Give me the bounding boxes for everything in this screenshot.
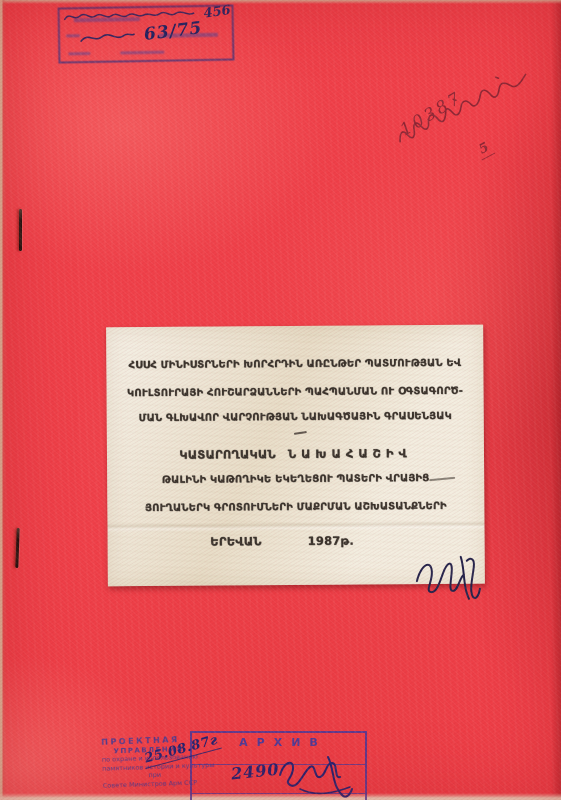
- paper-crease: [107, 521, 484, 533]
- signature-mark: [411, 547, 481, 605]
- handwritten-page-mark: 5: [474, 138, 495, 160]
- scan-edge-left: [0, 0, 7, 800]
- staple-icon: [15, 528, 19, 568]
- label-year: 1987թ.: [308, 534, 354, 548]
- label-org-line-3: ՄԱՆ ԳԼԽԱՎՈՐ ՎԱՐՉՈՒԹՅԱՆ ՆԱԽԱԳԾԱՅԻՆ ԳՐԱՍԵՆ…: [107, 411, 484, 426]
- label-subject-line-2: ՅՈՒՂԱՆԵՐԿ ԳՐՈՏՈՒՄՆԵՐԻ ՄԱՔՐՄԱՆ ԱՇԽԱՏԱՆՔՆԵ…: [107, 501, 484, 516]
- title-label: ՀՍՍՀ ՄԻՆԻՍՏՐՆԵՐԻ ԽՈՐՀՐԴԻՆ ԱՌԸՆԹԵՐ ՊԱՏՄՈՒ…: [106, 325, 485, 587]
- handwriting-squiggle: [78, 28, 136, 47]
- label-doc-type: ԿԱՏԱՐՈՂԱԿԱՆՆԱԽԱՀԱՇԻՎ: [107, 446, 484, 463]
- label-subject-line-1: ԹԱԼԻՆԻ ԿԱԹՈՂԻԿԵ ԵԿԵՂԵՑՈՒ ՊԱՏԵՐԻ ՎՐԱՅԻՑ: [107, 473, 484, 488]
- handwritten-name-squiggle: [387, 60, 536, 152]
- faded-stamp-text-line: [68, 52, 90, 55]
- label-city: ԵՐԵՎԱՆ: [210, 534, 262, 548]
- scan-edge-right: [551, 0, 561, 800]
- label-org-line-2: ԿՈՒԼՏՈՒՐԱՅԻ ՀՈՒՇԱՐՁԱՆՆԵՐԻ ՊԱՀՊԱՆՄԱՆ ՈՒ Օ…: [107, 386, 484, 401]
- doc-type-word-1: ԿԱՏԱՐՈՂԱԿԱՆ: [179, 447, 276, 462]
- doc-type-word-2: ՆԱԽԱՀԱՇԻՎ: [288, 446, 412, 461]
- signature-mark: [276, 751, 356, 799]
- registration-stamp: 456 63/75: [58, 4, 235, 63]
- scanned-report-cover: 456 63/75 10387 5 ՀՍՍՀ ՄԻՆԻՍՏՐՆԵՐԻ ԽՈՐՀՐ…: [0, 0, 561, 800]
- scan-edge-top: [0, 0, 561, 4]
- staple-icon: [19, 209, 22, 251]
- typed-dash: [294, 431, 307, 435]
- label-org-line-1: ՀՍՍՀ ՄԻՆԻՍՏՐՆԵՐԻ ԽՈՐՀՐԴԻՆ ԱՌԸՆԹԵՐ ՊԱՏՄՈՒ…: [106, 358, 483, 373]
